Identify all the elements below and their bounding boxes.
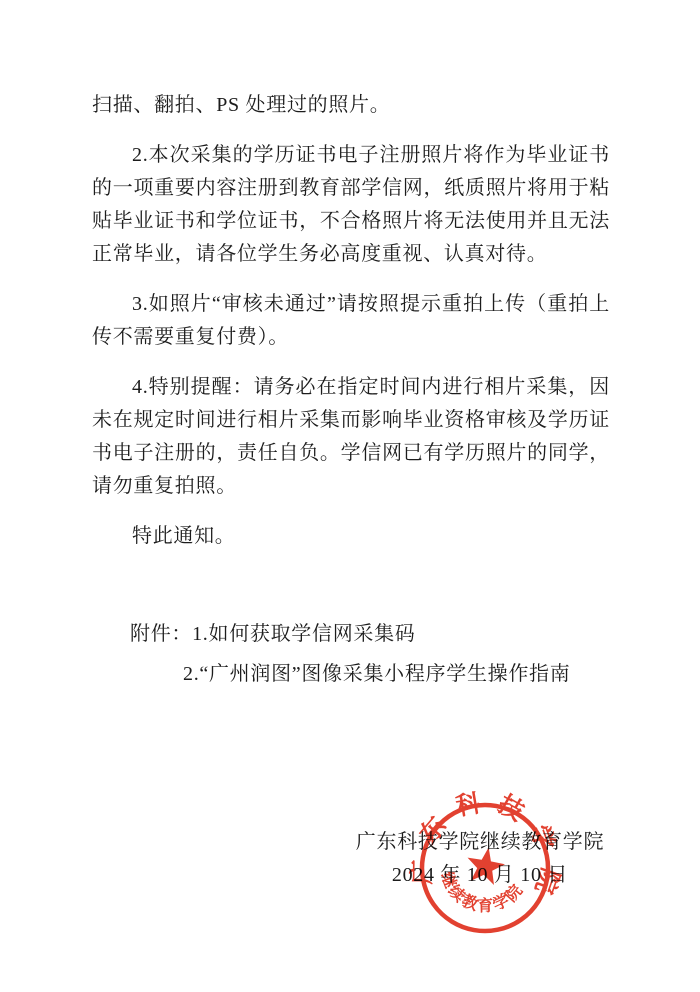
official-seal-stamp: 广东科技学院 继续教育学院 xyxy=(387,770,584,967)
attachments-list: 附件：1.如何获取学信网采集码 2.“广州润图”图像采集小程序学生操作指南 xyxy=(92,614,610,694)
notice-document-page: 扫描、翻拍、PS 处理过的照片。 2.本次采集的学历证书电子注册照片将作为毕业证… xyxy=(0,0,700,992)
paragraph-item-2: 2.本次采集的学历证书电子注册照片将作为毕业证书的一项重要内容注册到教育部学信网… xyxy=(92,139,610,271)
attachment-line-1: 附件：1.如何获取学信网采集码 xyxy=(92,614,610,654)
document-body: 扫描、翻拍、PS 处理过的照片。 2.本次采集的学历证书电子注册照片将作为毕业证… xyxy=(92,89,610,694)
paragraph-continuation: 扫描、翻拍、PS 处理过的照片。 xyxy=(92,89,610,122)
paragraph-item-3: 3.如照片“审核未通过”请按照提示重拍上传（重拍上传不需要重复付费）。 xyxy=(92,288,610,354)
paragraph-item-4: 4.特别提醒：请务必在指定时间内进行相片采集，因未在规定时间进行相片采集而影响毕… xyxy=(92,371,610,503)
closing-line: 特此通知。 xyxy=(92,520,610,553)
attachment-line-2: 2.“广州润图”图像采集小程序学生操作指南 xyxy=(92,654,610,694)
star-icon xyxy=(464,844,508,886)
